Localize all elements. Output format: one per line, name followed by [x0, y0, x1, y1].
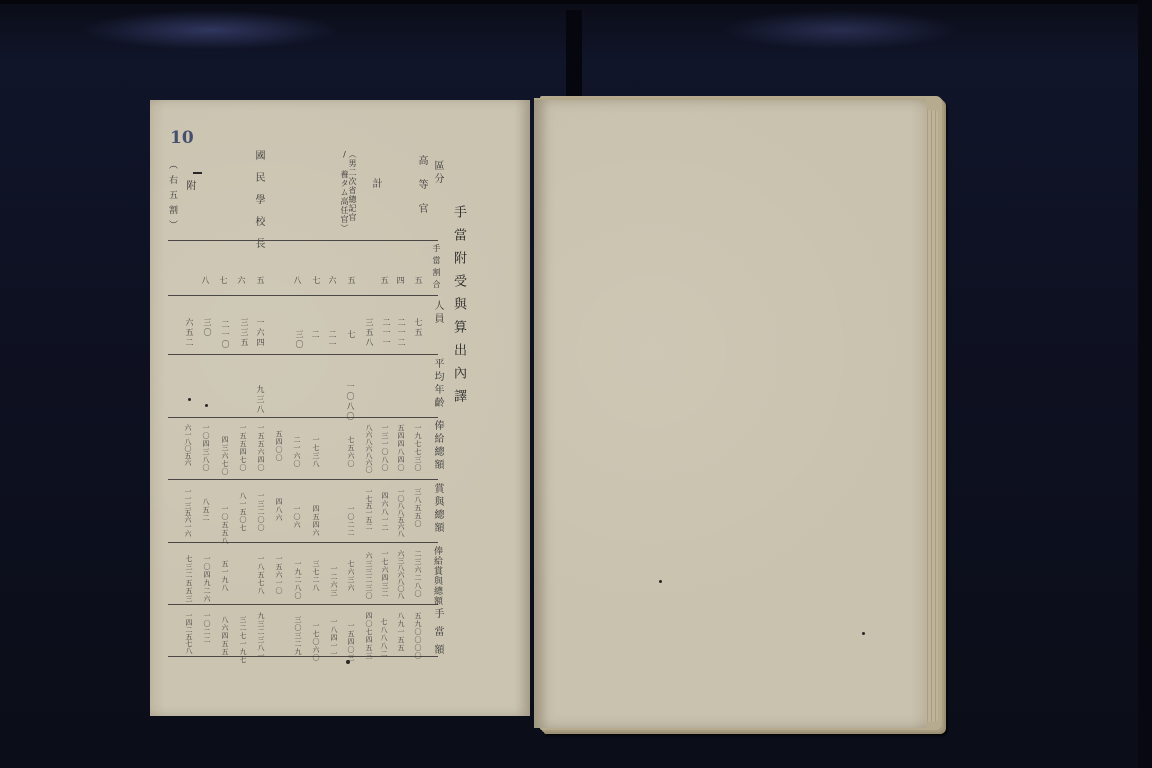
- right-page-blank: [534, 98, 926, 728]
- row-header-label: 區分: [432, 160, 442, 186]
- cell: 二一六〇: [293, 436, 300, 468]
- cell: 一七六四三二: [381, 550, 388, 598]
- ink-speck: [188, 398, 191, 401]
- cell: 四〇七四五三: [365, 612, 372, 660]
- row-header-senior-officials: 高等官: [416, 155, 426, 227]
- cell: 一二六三: [330, 565, 337, 597]
- col-header-personnel: 人員: [432, 300, 442, 326]
- col-header-average-age: 平均年齡: [432, 358, 442, 410]
- cell: 一九七七三〇: [414, 424, 421, 472]
- cell: 一〇二二: [347, 505, 354, 537]
- cell: 五四四八四〇: [397, 424, 404, 472]
- cell: 三〇: [203, 318, 211, 338]
- cell: 四五四六: [312, 505, 319, 537]
- scan-scene: 10 手當附受與算出內譯 （右五割） 區分 高等官 （男二次省總記官 / 養タム…: [0, 0, 1152, 768]
- cradle-divider: [566, 10, 582, 100]
- cell: 五: [347, 276, 355, 286]
- cell: 七八八八二: [380, 618, 387, 658]
- col-header-salary-total: 俸給總額: [432, 420, 442, 472]
- cell: 一四二五七八: [185, 612, 192, 654]
- table-rule: [168, 354, 438, 355]
- cell: 七五六〇: [347, 436, 354, 468]
- cell: 二一: [328, 330, 336, 350]
- cell: 一三一〇八〇: [381, 424, 388, 472]
- cell: 一〇八八五六八: [397, 488, 404, 537]
- table-rule: [168, 240, 438, 241]
- ink-speck: [205, 404, 208, 407]
- cell: 一〇四九二六: [203, 555, 210, 603]
- cell: 六一八〇五六: [184, 424, 191, 466]
- ink-speck: [346, 660, 350, 664]
- cell: 一七三八: [312, 436, 319, 468]
- cell: 四八六: [275, 498, 282, 522]
- cell: 六: [328, 276, 336, 286]
- cell: 一三二〇〇: [257, 492, 264, 532]
- cell: 五: [256, 276, 264, 286]
- cell: 三三五: [240, 318, 248, 348]
- cell: 六三八六八〇八: [397, 550, 404, 599]
- cell: 一五五六四〇: [257, 424, 264, 472]
- cell: 三五八: [365, 318, 373, 348]
- row-header-total: 計: [370, 178, 380, 191]
- table-rule: [168, 656, 438, 657]
- cell: 一五五四七〇: [239, 424, 246, 472]
- cell: 七: [219, 276, 227, 286]
- row-header-appendix: 附: [184, 180, 194, 193]
- cell: 六三三二三〇: [365, 552, 372, 600]
- cell: 一八五七八: [257, 555, 264, 595]
- col-header-allowance-rate: 手當割合: [432, 244, 440, 292]
- cell: 一八四一一: [330, 618, 337, 658]
- cell: 八六八六八六〇: [365, 424, 372, 473]
- cell: 八一五〇七: [239, 492, 246, 532]
- margin-note: （右五割）: [167, 160, 176, 235]
- col-header-bonus-total: 賞與總額: [432, 483, 442, 535]
- paper-speck: [659, 580, 662, 583]
- cell: 六五二: [185, 318, 193, 348]
- cell: 八: [293, 276, 301, 286]
- paper-speck: [862, 632, 865, 635]
- cell: 五四〇〇: [275, 430, 282, 462]
- cell: 九三八: [256, 385, 264, 415]
- cell: 七六三六: [347, 560, 354, 592]
- cell: 一七〇六〇: [312, 622, 319, 662]
- cell: 二一〇: [221, 320, 229, 350]
- scanner-frame-right: [1138, 0, 1152, 768]
- col-header-salary-bonus-total: 俸給賞與總額: [432, 546, 441, 606]
- row-header-note: （男二次省總記官 / 養タム高任官）: [340, 150, 356, 240]
- cell: 一七五一五二: [365, 488, 372, 530]
- cell: 五: [414, 276, 422, 286]
- cell: 二: [311, 330, 319, 340]
- cell: 一五六一〇: [275, 555, 282, 595]
- scanner-top-edge: [0, 0, 1152, 4]
- cell: 二一二: [397, 318, 405, 348]
- table-rule: [168, 295, 438, 296]
- cell: 一〇五五八: [221, 505, 228, 545]
- cell: 一九二八〇: [294, 560, 301, 600]
- cell: 四六八一二: [381, 492, 388, 532]
- cell: 二三六二八〇: [414, 550, 421, 598]
- table-rule: [168, 479, 438, 480]
- table-title: 手當附受與算出內譯: [452, 205, 465, 412]
- cell: 七: [347, 330, 355, 340]
- cell: 九三二三八一: [257, 612, 264, 660]
- cell: 三七二八: [312, 560, 319, 592]
- col-header-allowance-amount: 手當額: [432, 608, 442, 662]
- table-rule: [168, 542, 438, 543]
- table-rule: [168, 417, 438, 418]
- light-reflection-right: [720, 10, 960, 50]
- cell: 八五二: [202, 498, 209, 522]
- page-number: 10: [170, 128, 194, 148]
- cell: 三〇: [295, 330, 303, 350]
- cell: 二一一: [382, 318, 390, 348]
- cell: 八九一五五: [397, 612, 404, 652]
- cell: 八六四五五: [221, 616, 228, 656]
- cell: 一五四〇三: [347, 622, 354, 662]
- cell: 五一九八: [221, 560, 228, 592]
- cell: 七五: [414, 318, 422, 338]
- cell: 三〇三二九: [294, 616, 301, 656]
- table-rule: [168, 604, 438, 605]
- cell: 三八五五〇: [414, 488, 421, 528]
- cell: 八: [201, 276, 209, 286]
- cell: 一〇四三八〇: [202, 424, 209, 472]
- cell: 三二七一九七: [239, 616, 246, 664]
- cell: 四三六七〇: [221, 436, 228, 476]
- cell: 七: [312, 276, 320, 286]
- cell: 一〇八〇: [346, 382, 354, 422]
- cell: 一一三五六一六: [184, 488, 191, 537]
- cell: 一〇二二: [203, 612, 210, 644]
- cell: 五: [380, 276, 388, 286]
- cell: 七三二五五三: [185, 555, 192, 603]
- cell: 一六四: [256, 318, 264, 348]
- dash-mark: [193, 172, 202, 174]
- cell: 六: [237, 276, 245, 286]
- cell: 四: [396, 276, 404, 286]
- cell: 一〇六: [293, 505, 300, 529]
- row-header-school-principal: 國民學校長: [253, 150, 263, 260]
- cell: 五九〇〇〇〇: [414, 612, 421, 660]
- light-reflection-left: [80, 10, 340, 50]
